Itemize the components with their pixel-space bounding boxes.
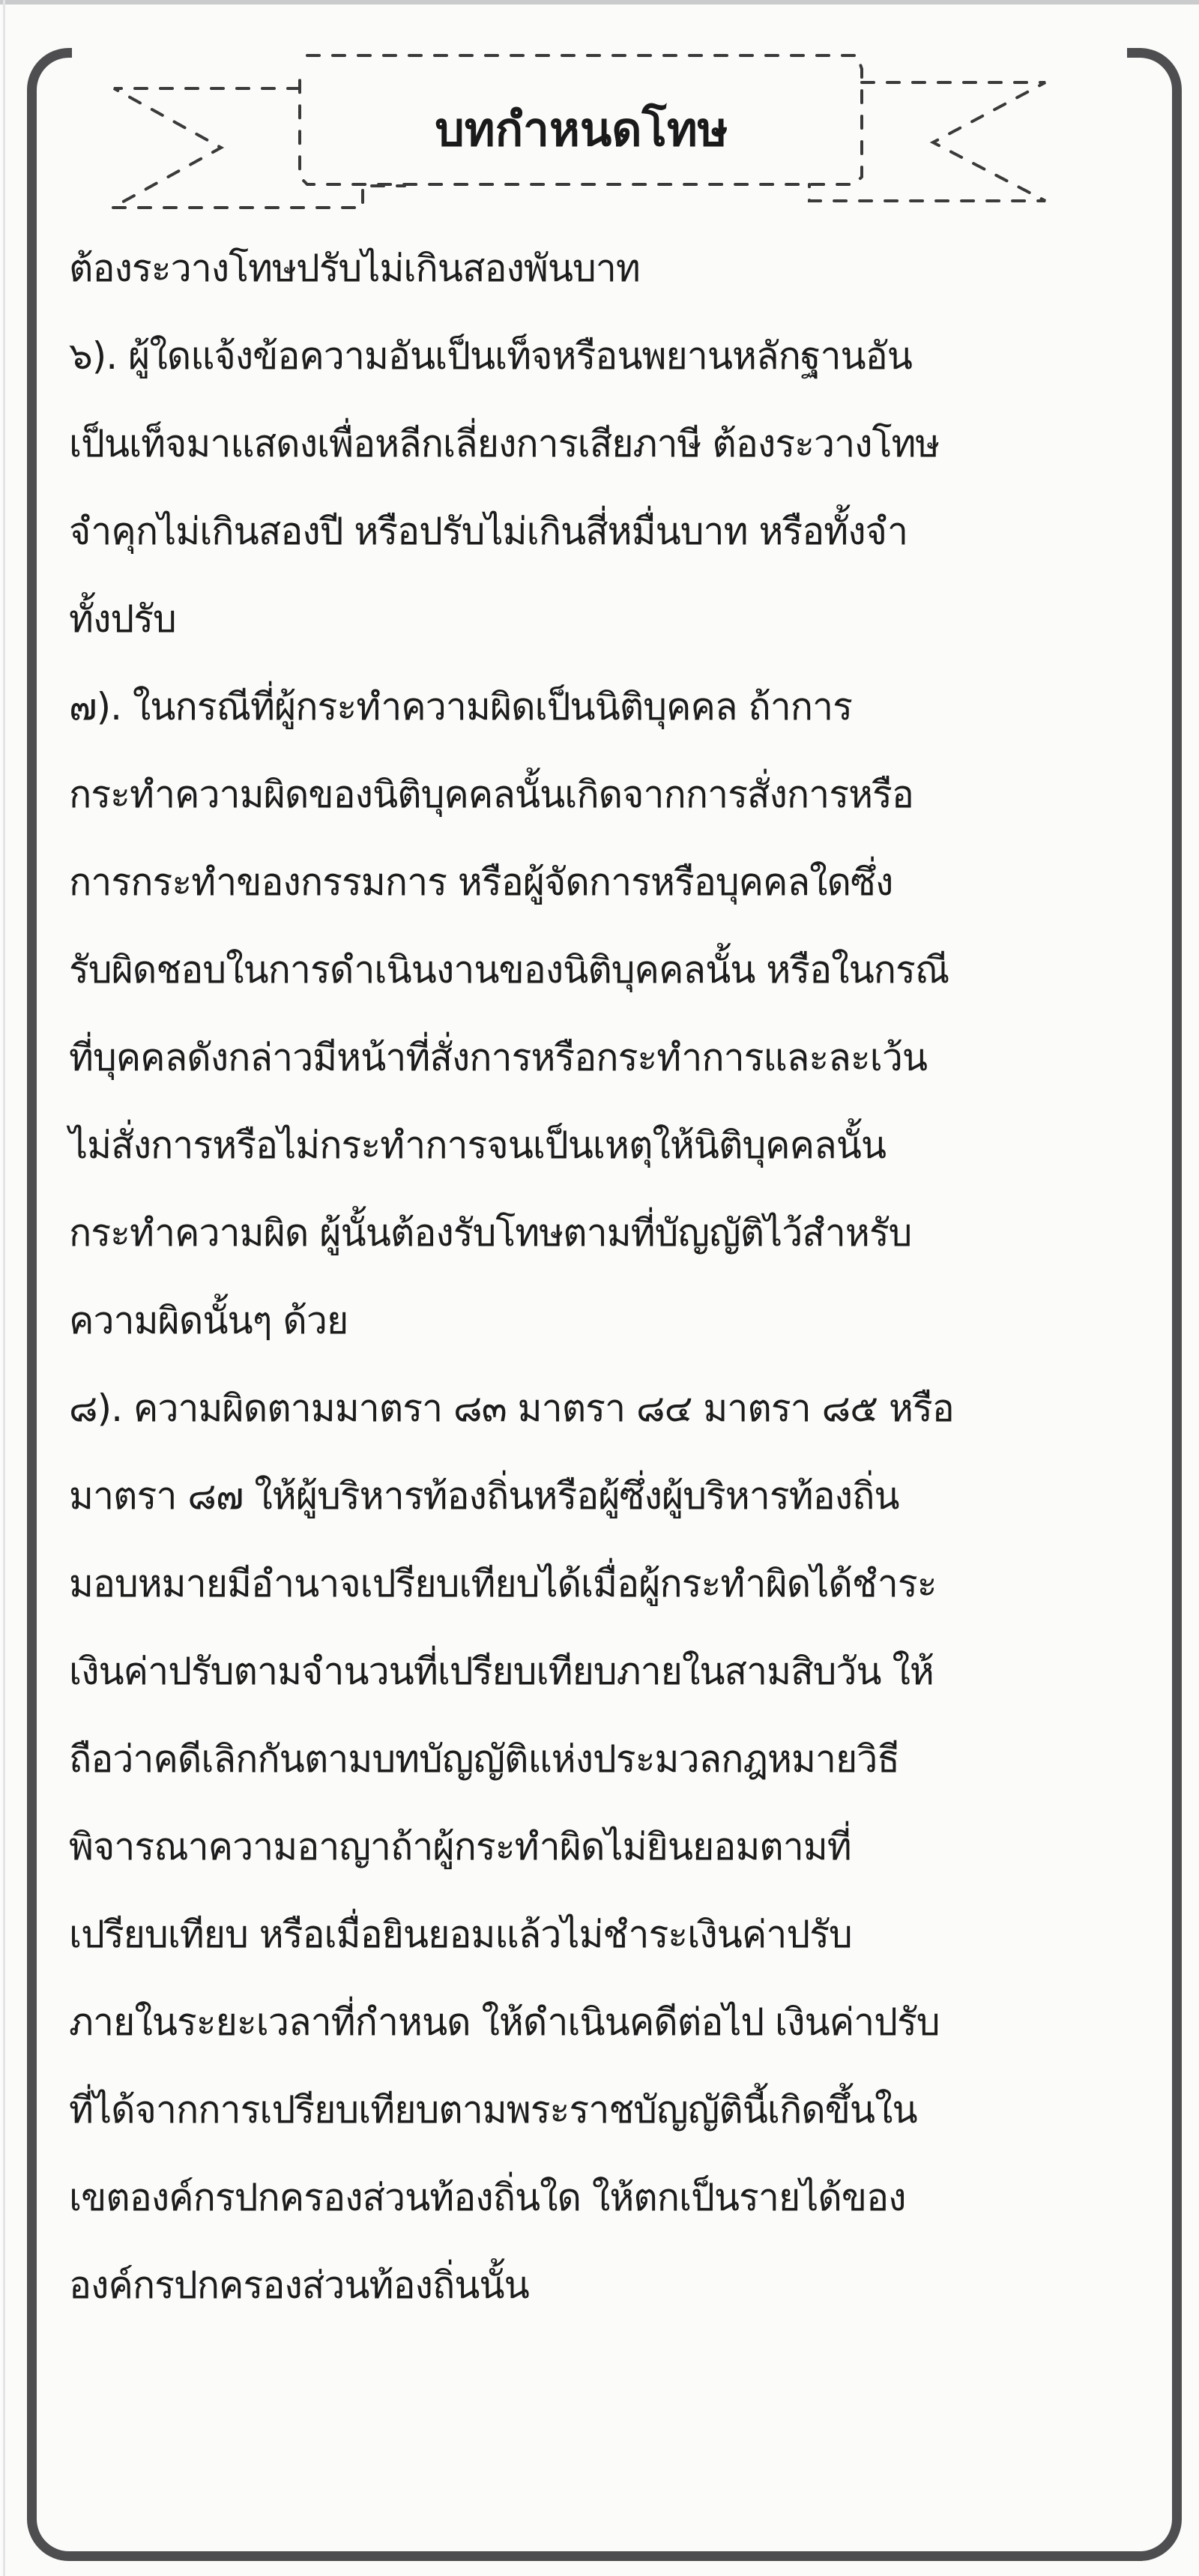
text-line: รับผิดชอบในการดำเนินงานของนิติบุคคลนั้น … — [69, 926, 1148, 1014]
scan-page-edge-left — [3, 0, 5, 2576]
text-line: กระทำความผิดของนิติบุคคลนั้นเกิดจากการสั… — [69, 751, 1148, 839]
text-line: ไม่สั่งการหรือไม่กระทำการจนเป็นเหตุให้นิ… — [69, 1102, 1148, 1189]
text-line: เขตองค์กรปกครองส่วนท้องถิ่นใด ให้ตกเป็นร… — [69, 2154, 1148, 2242]
clause-6-line: ๖). ผู้ใดแจ้งข้อความอันเป็นเท็จหรือนพยาน… — [69, 313, 1148, 400]
text-line: ต้องระวางโทษปรับไม่เกินสองพันบาท — [69, 225, 1148, 313]
text-line: ที่ได้จากการเปรียบเทียบตามพระราชบัญญัติน… — [69, 2066, 1148, 2154]
text-line: ทั้งปรับ — [69, 576, 1148, 663]
clause-7-line: ๗). ในกรณีที่ผู้กระทำความผิดเป็นนิติบุคค… — [69, 663, 1148, 751]
text-line: พิจารณาความอาญาถ้าผู้กระทำผิดไม่ยินยอมตา… — [69, 1803, 1148, 1891]
text-line: องค์กรปกครองส่วนท้องถิ่นนั้น — [69, 2242, 1148, 2329]
text-line: ที่บุคคลดังกล่าวมีหน้าที่สั่งการหรือกระท… — [69, 1014, 1148, 1102]
text-line: กระทำความผิด ผู้นั้นต้องรับโทษตามที่บัญญ… — [69, 1189, 1148, 1277]
text-line: ถือว่าคดีเลิกกันตามบทบัญญัติแห่งประมวลกฎ… — [69, 1716, 1148, 1803]
text-line: จำคุกไม่เกินสองปี หรือปรับไม่เกินสี่หมื่… — [69, 488, 1148, 576]
text-line: ความผิดนั้นๆ ด้วย — [69, 1277, 1148, 1365]
clause-8-line: ๘). ความผิดตามมาตรา ๘๓ มาตรา ๘๔ มาตรา ๘๕… — [69, 1365, 1148, 1453]
text-line: มาตรา ๘๗ ให้ผู้บริหารท้องถิ่นหรือผู้ซึ่ง… — [69, 1453, 1148, 1540]
title-banner: บทกำหนดโทษ — [0, 0, 1199, 225]
page-title: บทกำหนดโทษ — [307, 88, 856, 171]
penalty-text-body: ต้องระวางโทษปรับไม่เกินสองพันบาท ๖). ผู้… — [69, 225, 1148, 2329]
text-line: มอบหมายมีอำนาจเปรียบเทียบได้เมื่อผู้กระท… — [69, 1540, 1148, 1628]
text-line: ภายในระยะเวลาที่กำหนด ให้ดำเนินคดีต่อไป … — [69, 1979, 1148, 2066]
text-line: การกระทำของกรรมการ หรือผู้จัดการหรือบุคค… — [69, 839, 1148, 926]
text-line: เป็นเท็จมาแสดงเพื่อหลีกเลี่ยงการเสียภาษี… — [69, 400, 1148, 488]
text-line: เงินค่าปรับตามจำนวนที่เปรียบเทียบภายในสา… — [69, 1628, 1148, 1716]
text-line: เปรียบเทียบ หรือเมื่อยินยอมแล้วไม่ชำระเง… — [69, 1891, 1148, 1979]
